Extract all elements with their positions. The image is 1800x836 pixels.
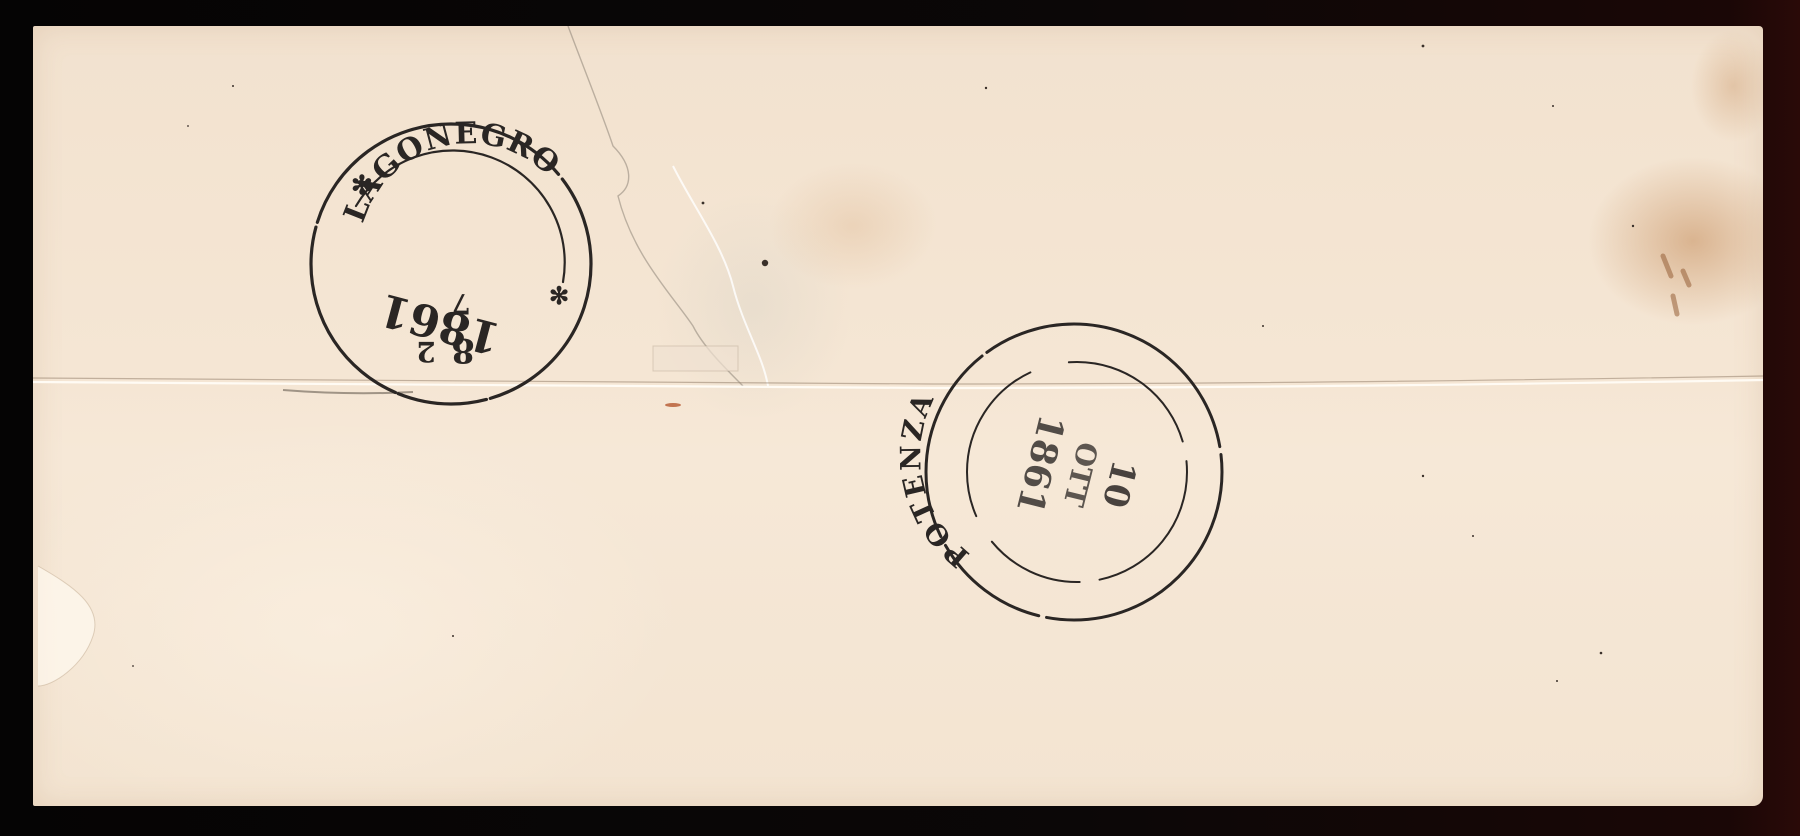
photo-background: LAGONEGRO ✻ ✻ 8 2 7 1861 POTENZA <box>0 0 1800 836</box>
postal-cover: LAGONEGRO ✻ ✻ 8 2 7 1861 POTENZA <box>33 26 1763 806</box>
postmark-lagonegro-year: 1861 <box>374 283 505 364</box>
postmark-potenza: POTENZA 10 OTT 1861 <box>899 304 1225 630</box>
postmark-potenza-day: 10 <box>1094 456 1144 512</box>
paper-texture <box>33 26 1763 806</box>
ornament-left-icon: ✻ <box>351 171 373 201</box>
ornament-right-icon: ✻ <box>549 281 569 310</box>
postmark-lagonegro: LAGONEGRO ✻ ✻ 8 2 7 1861 <box>301 114 611 424</box>
